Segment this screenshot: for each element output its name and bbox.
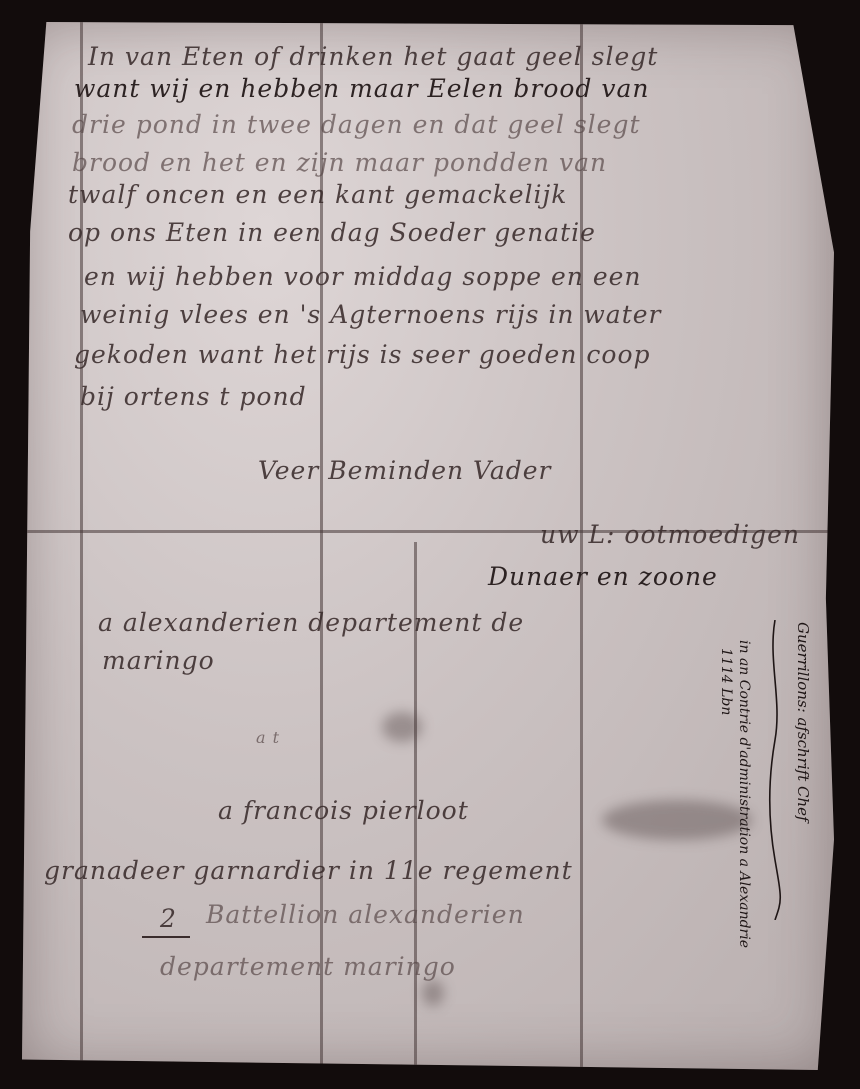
ink-stain	[382, 712, 422, 742]
fraction-numerator: 2	[160, 904, 177, 933]
letter-line-6: op ons Eten in een dag Soeder genatie	[68, 218, 596, 247]
address-line-3: a francois pierloot	[218, 796, 469, 825]
wavy-underline	[768, 620, 782, 920]
address-line-4: granadeer garnardier in 11e regement	[44, 856, 573, 885]
margin-annotation-2: in an Contrie d'administration a Alexand…	[736, 640, 752, 948]
letter-line-5: twalf oncen en een kant gemackelijk	[68, 180, 567, 209]
fraction-bar	[142, 936, 190, 938]
letter-line-2: want wij en hebben maar Eelen brood van	[74, 74, 650, 103]
salutation: Veer Beminden Vader	[258, 456, 551, 485]
water-stain	[602, 800, 752, 840]
letter-line-9: gekoden want het rijs is seer goeden coo…	[74, 340, 651, 369]
signature: Dunaer en zoone	[488, 562, 718, 591]
address-line-5: Battellion alexanderien	[206, 900, 525, 929]
letter-line-1: In van Eten of drinken het gaat geel sle…	[88, 42, 658, 71]
address-line-6: departement maringo	[160, 952, 456, 981]
sign-line: uw L: ootmoedigen	[540, 520, 800, 549]
address-line-1: a alexanderien departement de	[98, 608, 524, 637]
letter-line-4: brood en het en zijn maar pondden van	[72, 148, 607, 177]
letter-line-10: bij ortens t pond	[80, 382, 307, 411]
address-line-2: maringo	[102, 646, 215, 675]
ink-blot	[422, 980, 444, 1006]
margin-annotation-1: Guerrillons: afschrift Chef	[794, 622, 812, 822]
letter-line-7: en wij hebben voor middag soppe en een	[84, 262, 642, 291]
letter-line-3: drie pond in twee dagen en dat geel sleg…	[72, 110, 641, 139]
address-small-mark: a t	[256, 728, 280, 747]
margin-annotation-3: 1114 Lbn	[718, 648, 734, 715]
letter-line-8: weinig vlees en 's Agternoens rijs in wa…	[80, 300, 662, 329]
